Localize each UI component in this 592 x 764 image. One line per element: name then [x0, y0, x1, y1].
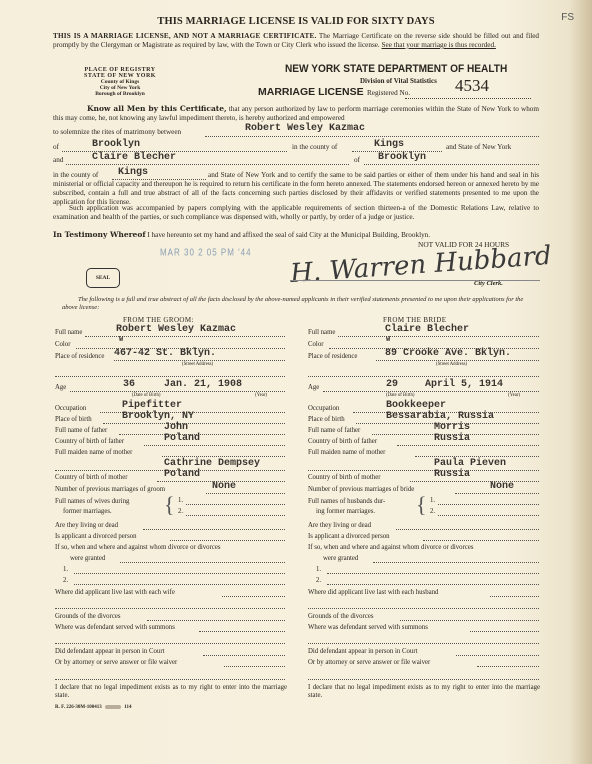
signer-title: City Clerk. — [474, 280, 503, 287]
label: Where was defendant served with summons — [308, 624, 428, 631]
sublabel: (Date of Birth) — [386, 393, 415, 398]
field-line — [308, 470, 539, 471]
label: Full name — [55, 329, 82, 336]
certify-text: and State of New York and to certify the… — [53, 171, 539, 207]
field-line — [206, 493, 285, 494]
sublabel: (Street Address) — [436, 362, 467, 367]
testimony: In Testimony Whereof I have hereunto set… — [53, 230, 539, 240]
label: Is applicant a divorced person — [308, 533, 390, 540]
groom-occupation: Pipefitter — [122, 400, 182, 411]
field-line — [55, 608, 285, 609]
label: Grounds of the divorces — [308, 613, 374, 620]
bride-occupation: Bookkeeper — [386, 400, 446, 411]
document-title: THIS MARRIAGE LICENSE IS VALID FOR SIXTY… — [0, 16, 592, 27]
label: Where did applicant live last with each … — [55, 589, 175, 596]
license-notice: THIS IS A MARRIAGE LICENSE, AND NOT A MA… — [53, 32, 539, 50]
label: Where was defendant served with summons — [55, 624, 175, 631]
notice-bold: THIS IS A MARRIAGE LICENSE, AND NOT A MA… — [53, 32, 317, 40]
corner-mark: FS — [561, 12, 574, 23]
field-line — [224, 666, 285, 667]
label: Grounds of the divorces — [55, 613, 121, 620]
label: Country of birth of mother — [308, 474, 381, 481]
groom-prev-marriages: None — [212, 481, 236, 492]
testimony-gothic: In Testimony Whereof — [53, 230, 146, 239]
label: Full name — [308, 329, 335, 336]
label: 2. — [178, 508, 183, 515]
bride-prev-marriages: None — [490, 481, 514, 492]
bride-father-country: Russia — [434, 433, 470, 444]
groom-residence: 467-42 St. Bklyn. — [114, 348, 216, 359]
label: Are they living or dead — [55, 522, 118, 529]
field-line — [423, 540, 539, 541]
label: Age — [308, 384, 319, 391]
bride-father: Morris — [434, 422, 470, 433]
groom-color: W — [119, 336, 123, 344]
label: Occupation — [308, 405, 339, 412]
label: Occupation — [55, 405, 86, 412]
field-line — [400, 620, 539, 621]
label: Full names of husbands dur- — [308, 498, 385, 505]
lead-gothic: Know all Men by this Certificate, — [87, 104, 227, 113]
label: 2. — [63, 577, 68, 584]
label: were granted — [70, 555, 105, 562]
label: Full name of father — [308, 427, 360, 434]
field-line — [222, 596, 285, 597]
form-code-text: R. F. 226-30M-100413 — [55, 705, 102, 710]
label: 1. — [178, 497, 183, 504]
label: 2. — [430, 508, 435, 515]
label: Place of birth — [55, 416, 92, 423]
field-line — [74, 584, 285, 585]
label: Full maiden name of mother — [55, 449, 132, 456]
label: were granted — [323, 555, 358, 562]
label: Color — [55, 341, 70, 348]
field-line — [438, 515, 539, 516]
label: Where did applicant live last with each … — [308, 589, 438, 596]
field-line — [308, 643, 539, 644]
bride-birthplace: Bessarabia, Russia — [386, 411, 494, 422]
field-line — [477, 666, 539, 667]
label: Country of birth of father — [308, 438, 377, 445]
label: Place of residence — [55, 353, 104, 360]
marriage-license-document: THIS MARRIAGE LICENSE IS VALID FOR SIXTY… — [0, 0, 592, 764]
sublabel: (Street Address) — [182, 362, 213, 367]
registered-no: 4534 — [455, 76, 489, 96]
label: Place of birth — [308, 416, 345, 423]
field-line — [373, 562, 539, 563]
field-line — [162, 456, 285, 457]
field-line — [186, 504, 285, 505]
field-line — [397, 445, 539, 446]
sublabel: (Year) — [508, 393, 520, 398]
label: Did defendant appear in person in Court — [55, 648, 164, 655]
field-line — [143, 529, 285, 530]
place-of-registry: PLACE OF REGISTRY STATE OF NEW YORK Coun… — [55, 67, 185, 97]
label: 1. — [63, 566, 68, 573]
field-line — [415, 456, 539, 457]
sublabel: (Year) — [255, 393, 267, 398]
registry-line: Borough of Brooklyn — [55, 91, 185, 97]
field-line — [114, 360, 285, 361]
bride-mother: Paula Pieven — [434, 458, 506, 469]
field-line — [170, 540, 285, 541]
label: Or by attorney or serve answer or file w… — [55, 659, 177, 666]
groom-father: John — [164, 422, 188, 433]
form-code: R. F. 226-30M-100413 114 — [55, 705, 132, 710]
field-line — [470, 631, 539, 632]
groom-mother: Cathrine Dempsey — [164, 458, 260, 469]
label: Are they living or dead — [308, 522, 371, 529]
brace-icon: { — [164, 494, 175, 516]
label: Full names of wives during — [55, 498, 129, 505]
bride-mother-country: Russia — [434, 469, 470, 480]
field-line — [396, 529, 539, 530]
field-line — [85, 336, 285, 337]
groom-dob: Jan. 21, 1908 — [164, 379, 242, 390]
groom-father-country: Poland — [164, 433, 200, 444]
field-line — [327, 573, 539, 574]
form-suffix: 114 — [124, 705, 131, 710]
label: Age — [55, 384, 66, 391]
groom-declaration: I declare that no legal impediment exist… — [55, 684, 287, 700]
label: Or by attorney or serve answer or file w… — [308, 659, 430, 666]
groom-age: 36 — [123, 379, 135, 390]
bride-full-name: Claire Blecher — [385, 324, 469, 335]
label: Country of birth of father — [55, 438, 124, 445]
field-line — [66, 164, 349, 165]
field-line — [490, 596, 539, 597]
bride-heading: FROM THE BRIDE — [383, 316, 446, 324]
notice-underlined: See that your marriage is thus recorded. — [382, 41, 496, 49]
certificate-groom-county: Kings — [374, 139, 404, 150]
field-line — [199, 631, 285, 632]
field-line — [147, 620, 285, 621]
groom-heading: FROM THE GROOM: — [123, 316, 194, 324]
certificate-groom-name: Robert Wesley Kazmac — [245, 123, 365, 134]
state-label: and State of New York — [446, 143, 511, 152]
of-label: of — [53, 143, 59, 152]
application-text: Such application was accompanied by pape… — [53, 204, 539, 222]
field-line — [376, 360, 539, 361]
label: If so, when and where and against whom d… — [308, 544, 474, 551]
county-label: in the county of — [292, 143, 337, 152]
field-line — [364, 164, 539, 165]
field-line — [323, 391, 539, 392]
groom-birthplace: Brooklyn, NY — [122, 411, 194, 422]
sublabel: (Date of Birth) — [132, 393, 161, 398]
label: ing former marriages. — [316, 508, 375, 515]
label: Place of residence — [308, 353, 357, 360]
bride-declaration: I declare that no legal impediment exist… — [308, 684, 540, 700]
field-line — [338, 336, 539, 337]
field-line — [55, 376, 285, 377]
label: former marriages. — [63, 508, 112, 515]
certificate-bride-name: Claire Blecher — [92, 152, 176, 163]
registered-no-label: Registered No. — [367, 89, 410, 98]
label: 1. — [316, 566, 321, 573]
bride-color: W — [386, 336, 390, 344]
and-label: and — [53, 156, 63, 165]
field-line — [455, 493, 539, 494]
field-line — [308, 376, 539, 377]
label: Number of previous marriages of groom — [55, 486, 165, 493]
field-line — [55, 643, 285, 644]
label: Did defendant appear in person in Court — [308, 648, 417, 655]
certificate-lead: Know all Men by this Certificate, that a… — [53, 104, 539, 123]
label: Color — [308, 341, 323, 348]
solemnize-label: to solemnize the rites of matrimony betw… — [53, 128, 181, 137]
certificate-groom-city: Brooklyn — [92, 139, 140, 150]
date-stamp: MAR 30 2 05 PM '44 — [160, 247, 252, 259]
label: 2. — [316, 577, 321, 584]
field-line — [327, 584, 539, 585]
field-line — [410, 481, 539, 482]
field-line — [119, 434, 285, 435]
field-line — [456, 655, 539, 656]
bride-age: 29 — [386, 379, 398, 390]
field-line — [186, 515, 285, 516]
label: If so, when and where and against whom d… — [55, 544, 221, 551]
field-line — [203, 655, 285, 656]
field-line — [55, 679, 285, 680]
division-name: Division of Vital Statistics — [360, 77, 437, 85]
bride-dob: April 5, 1914 — [425, 379, 503, 390]
testimony-text: I have hereunto set my hand and affixed … — [147, 231, 430, 239]
brace-icon: { — [416, 494, 427, 516]
field-line — [205, 136, 539, 137]
label: Number of previous marriages of bride — [308, 486, 414, 493]
field-line — [308, 608, 539, 609]
bride-residence: 89 Crooke Ave. Bklyn. — [385, 348, 511, 359]
field-line — [103, 423, 285, 424]
field-line — [438, 504, 539, 505]
groom-mother-country: Poland — [164, 469, 200, 480]
department-name: NEW YORK STATE DEPARTMENT OF HEALTH — [285, 63, 507, 75]
field-line — [144, 445, 285, 446]
abstract-intro: The following is a full and true abstrac… — [62, 296, 540, 312]
of-label: of — [354, 156, 360, 165]
label: 1. — [430, 497, 435, 504]
label: Full maiden name of mother — [308, 449, 385, 456]
label: Full name of father — [55, 427, 107, 434]
field-line — [70, 391, 285, 392]
form-title: MARRIAGE LICENSE — [258, 86, 364, 98]
seal-box: SEAL — [86, 268, 120, 288]
field-line — [308, 679, 539, 680]
label: Is applicant a divorced person — [55, 533, 137, 540]
registered-no-line — [405, 98, 531, 99]
groom-full-name: Robert Wesley Kazmac — [116, 324, 236, 335]
certificate-bride-city: Brooklyn — [378, 152, 426, 163]
union-label-icon — [105, 705, 121, 709]
field-line — [74, 573, 285, 574]
field-line — [120, 562, 285, 563]
label: Country of birth of mother — [55, 474, 128, 481]
